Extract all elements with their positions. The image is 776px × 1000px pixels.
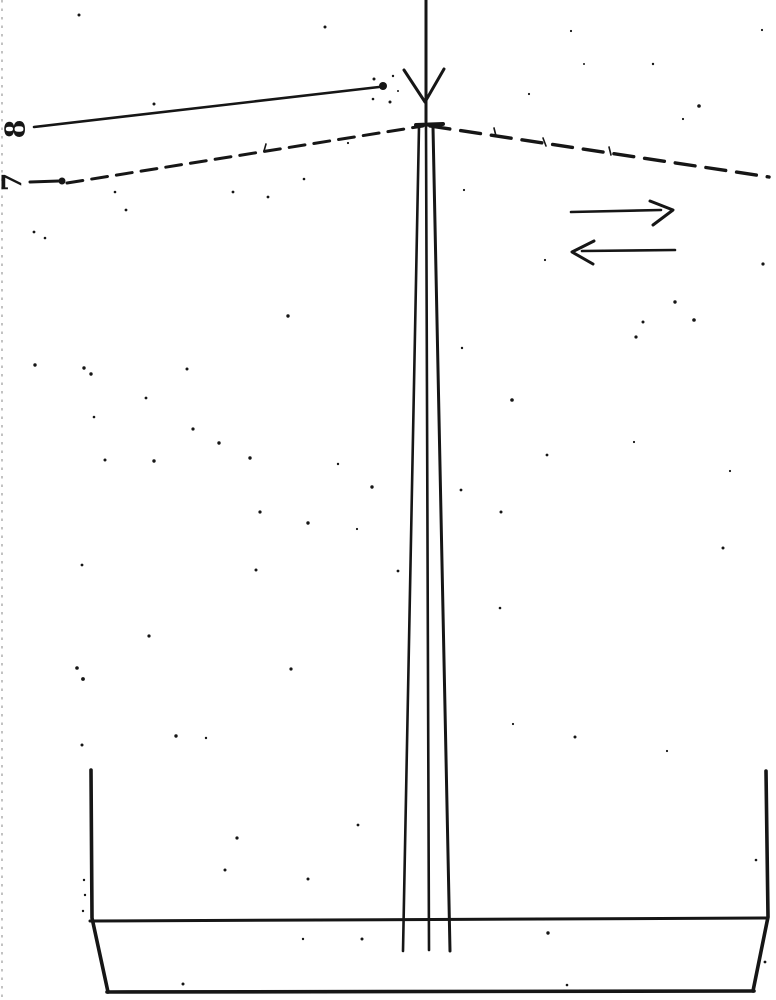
- mast-left-line: [403, 127, 419, 951]
- right-arrow-icon: [571, 201, 673, 225]
- ref-numeral-7: 7: [0, 173, 29, 192]
- reference-labels: 8 7: [0, 120, 32, 192]
- dashed-guide-right: [430, 126, 769, 177]
- trough-bottom-line: [107, 991, 754, 992]
- leader-dot-7: [59, 178, 66, 185]
- leader-dot-8: [379, 82, 387, 90]
- trough-left-wall: [91, 770, 108, 992]
- dash-ticks: [264, 128, 611, 155]
- trough-inner-line: [90, 918, 768, 921]
- mast-right-line: [433, 127, 450, 951]
- ref-numeral-8: 8: [1, 120, 32, 139]
- down-arrow-icon: [404, 69, 444, 102]
- dashed-guide-left: [67, 126, 423, 183]
- trough-right-wall: [753, 771, 768, 991]
- patent-figure-page: 8 7: [0, 0, 776, 1000]
- left-arrow-icon: [572, 241, 675, 264]
- mast-center-line: [426, 127, 429, 950]
- leader-dots: [59, 82, 388, 185]
- figure-canvas: 8 7: [0, 0, 776, 1000]
- leader-line-7: [30, 181, 59, 182]
- ink-strokes: [30, 0, 769, 992]
- leader-line-8: [34, 87, 379, 127]
